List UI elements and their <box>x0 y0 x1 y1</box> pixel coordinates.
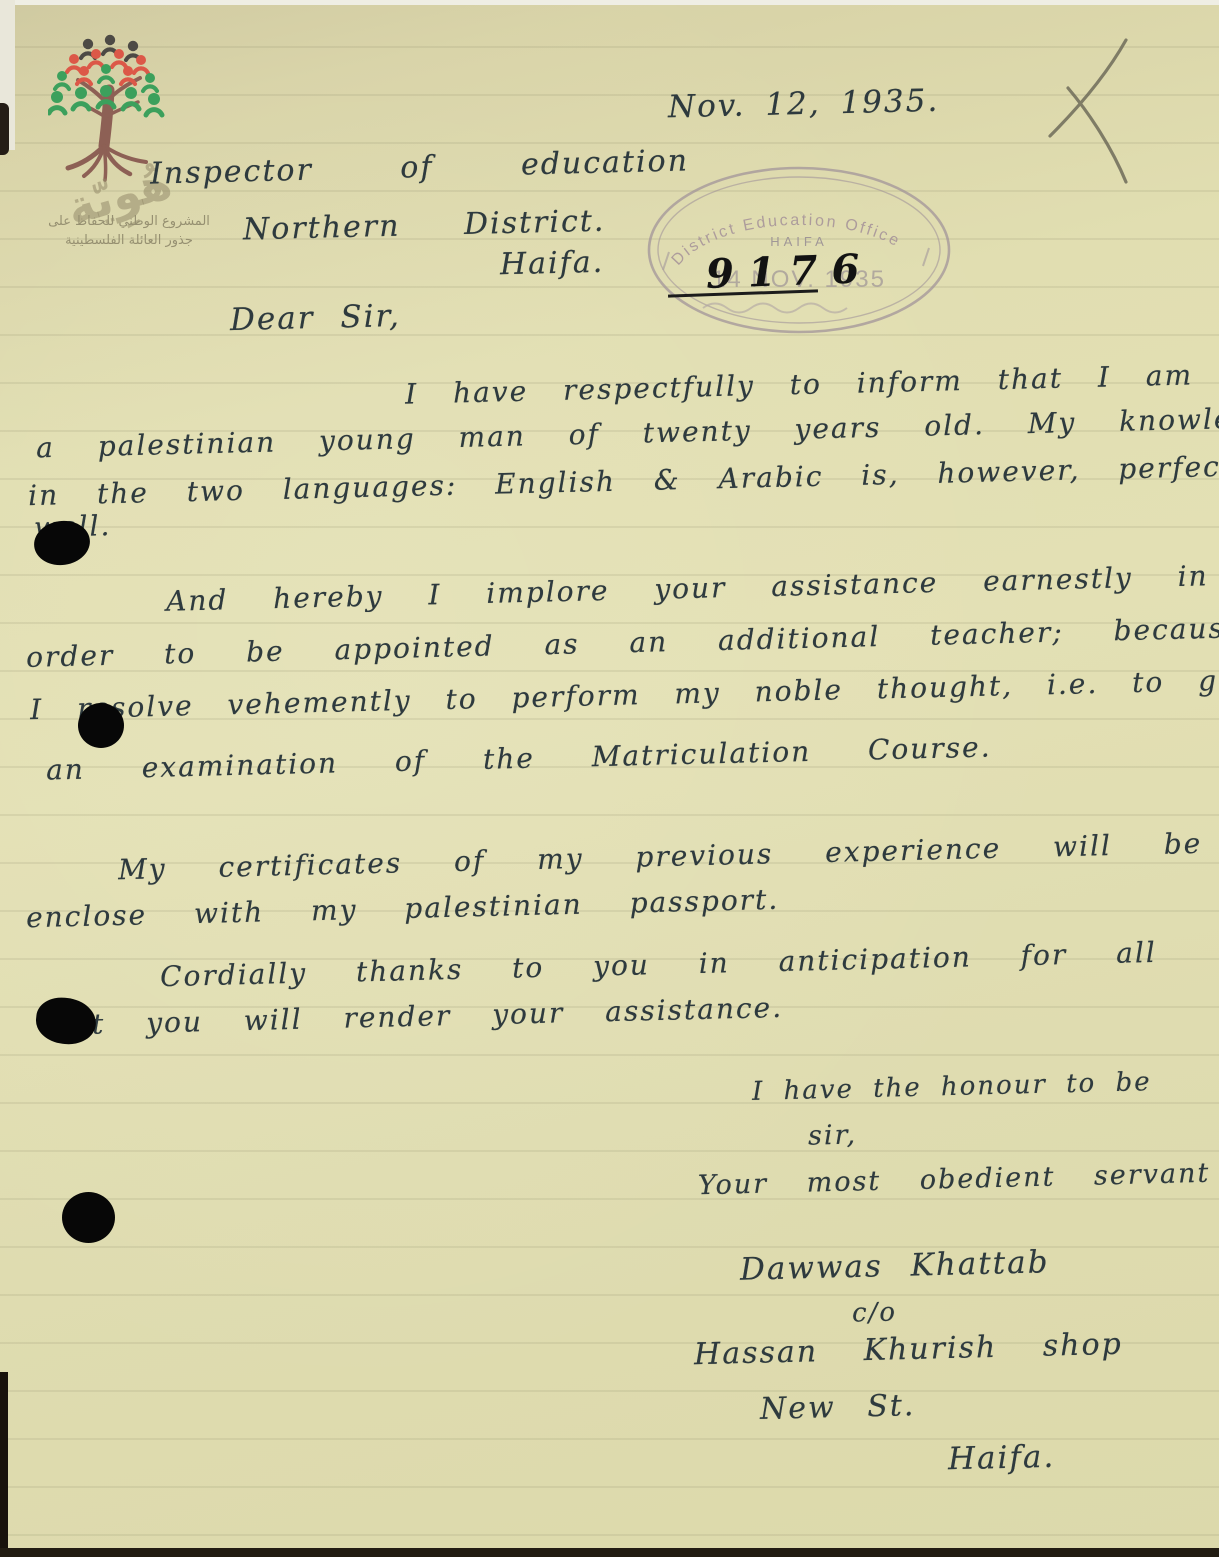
signature-name: Dawwas Khattab <box>740 1244 1050 1288</box>
hole-punch-2 <box>78 703 124 748</box>
scanned-letter-page: هُوِيّة المشروع الوطني للحفاظ على جذور ا… <box>0 0 1219 1557</box>
recipient-line-3: Haifa. <box>500 245 605 283</box>
signature-address-2: New St. <box>760 1388 916 1427</box>
scan-edge-top <box>0 0 1219 5</box>
body-line-5: And hereby I implore your assistance ear… <box>166 559 1209 617</box>
signature-care-of: c/o <box>852 1297 898 1328</box>
body-line-9: My certificates of my previous experienc… <box>118 827 1203 886</box>
body-line-7: I resolve vehemently to perform my noble… <box>30 663 1219 726</box>
closing-line-2: sir, <box>808 1119 858 1151</box>
org-name-line2: جذور العائلة الفلسطينية <box>34 233 224 248</box>
salutation: Dear Sir, <box>230 298 402 338</box>
closing-line-1: I have the honour to be <box>752 1067 1152 1107</box>
scan-edge-bottom <box>0 1548 1219 1557</box>
org-name-line1: المشروع الوطني للحفاظ على <box>34 214 224 229</box>
closing-line-3: Your most obedient servant <box>698 1158 1211 1202</box>
signature-city: Haifa. <box>948 1439 1056 1478</box>
hole-punch-4 <box>62 1192 115 1243</box>
body-line-8: an examination of the Matriculation Cour… <box>46 730 992 786</box>
body-line-6: order to be appointed as an additional t… <box>26 611 1219 674</box>
scan-edge-left-dark-spot <box>0 103 9 155</box>
body-line-12: that you will render your assistance. <box>40 991 784 1042</box>
body-line-11: Cordially thanks to you in anticipation … <box>160 936 1157 993</box>
letter-date: Nov. 12, 1935. <box>668 83 940 126</box>
body-line-1: I have respectfully to inform that I am <box>405 358 1194 410</box>
recipient-line-2: Northern District. <box>243 204 606 248</box>
people-canopy <box>49 35 162 115</box>
scan-edge-left-dark <box>0 1372 8 1557</box>
pencil-x-mark <box>1028 36 1188 186</box>
signature-address-1: Hassan Khurish shop <box>694 1327 1124 1372</box>
recipient-line-1: Inspector of education <box>150 143 690 191</box>
stamp-arabic-script <box>703 304 847 313</box>
body-line-10: enclose with my palestinian passport. <box>26 883 780 934</box>
